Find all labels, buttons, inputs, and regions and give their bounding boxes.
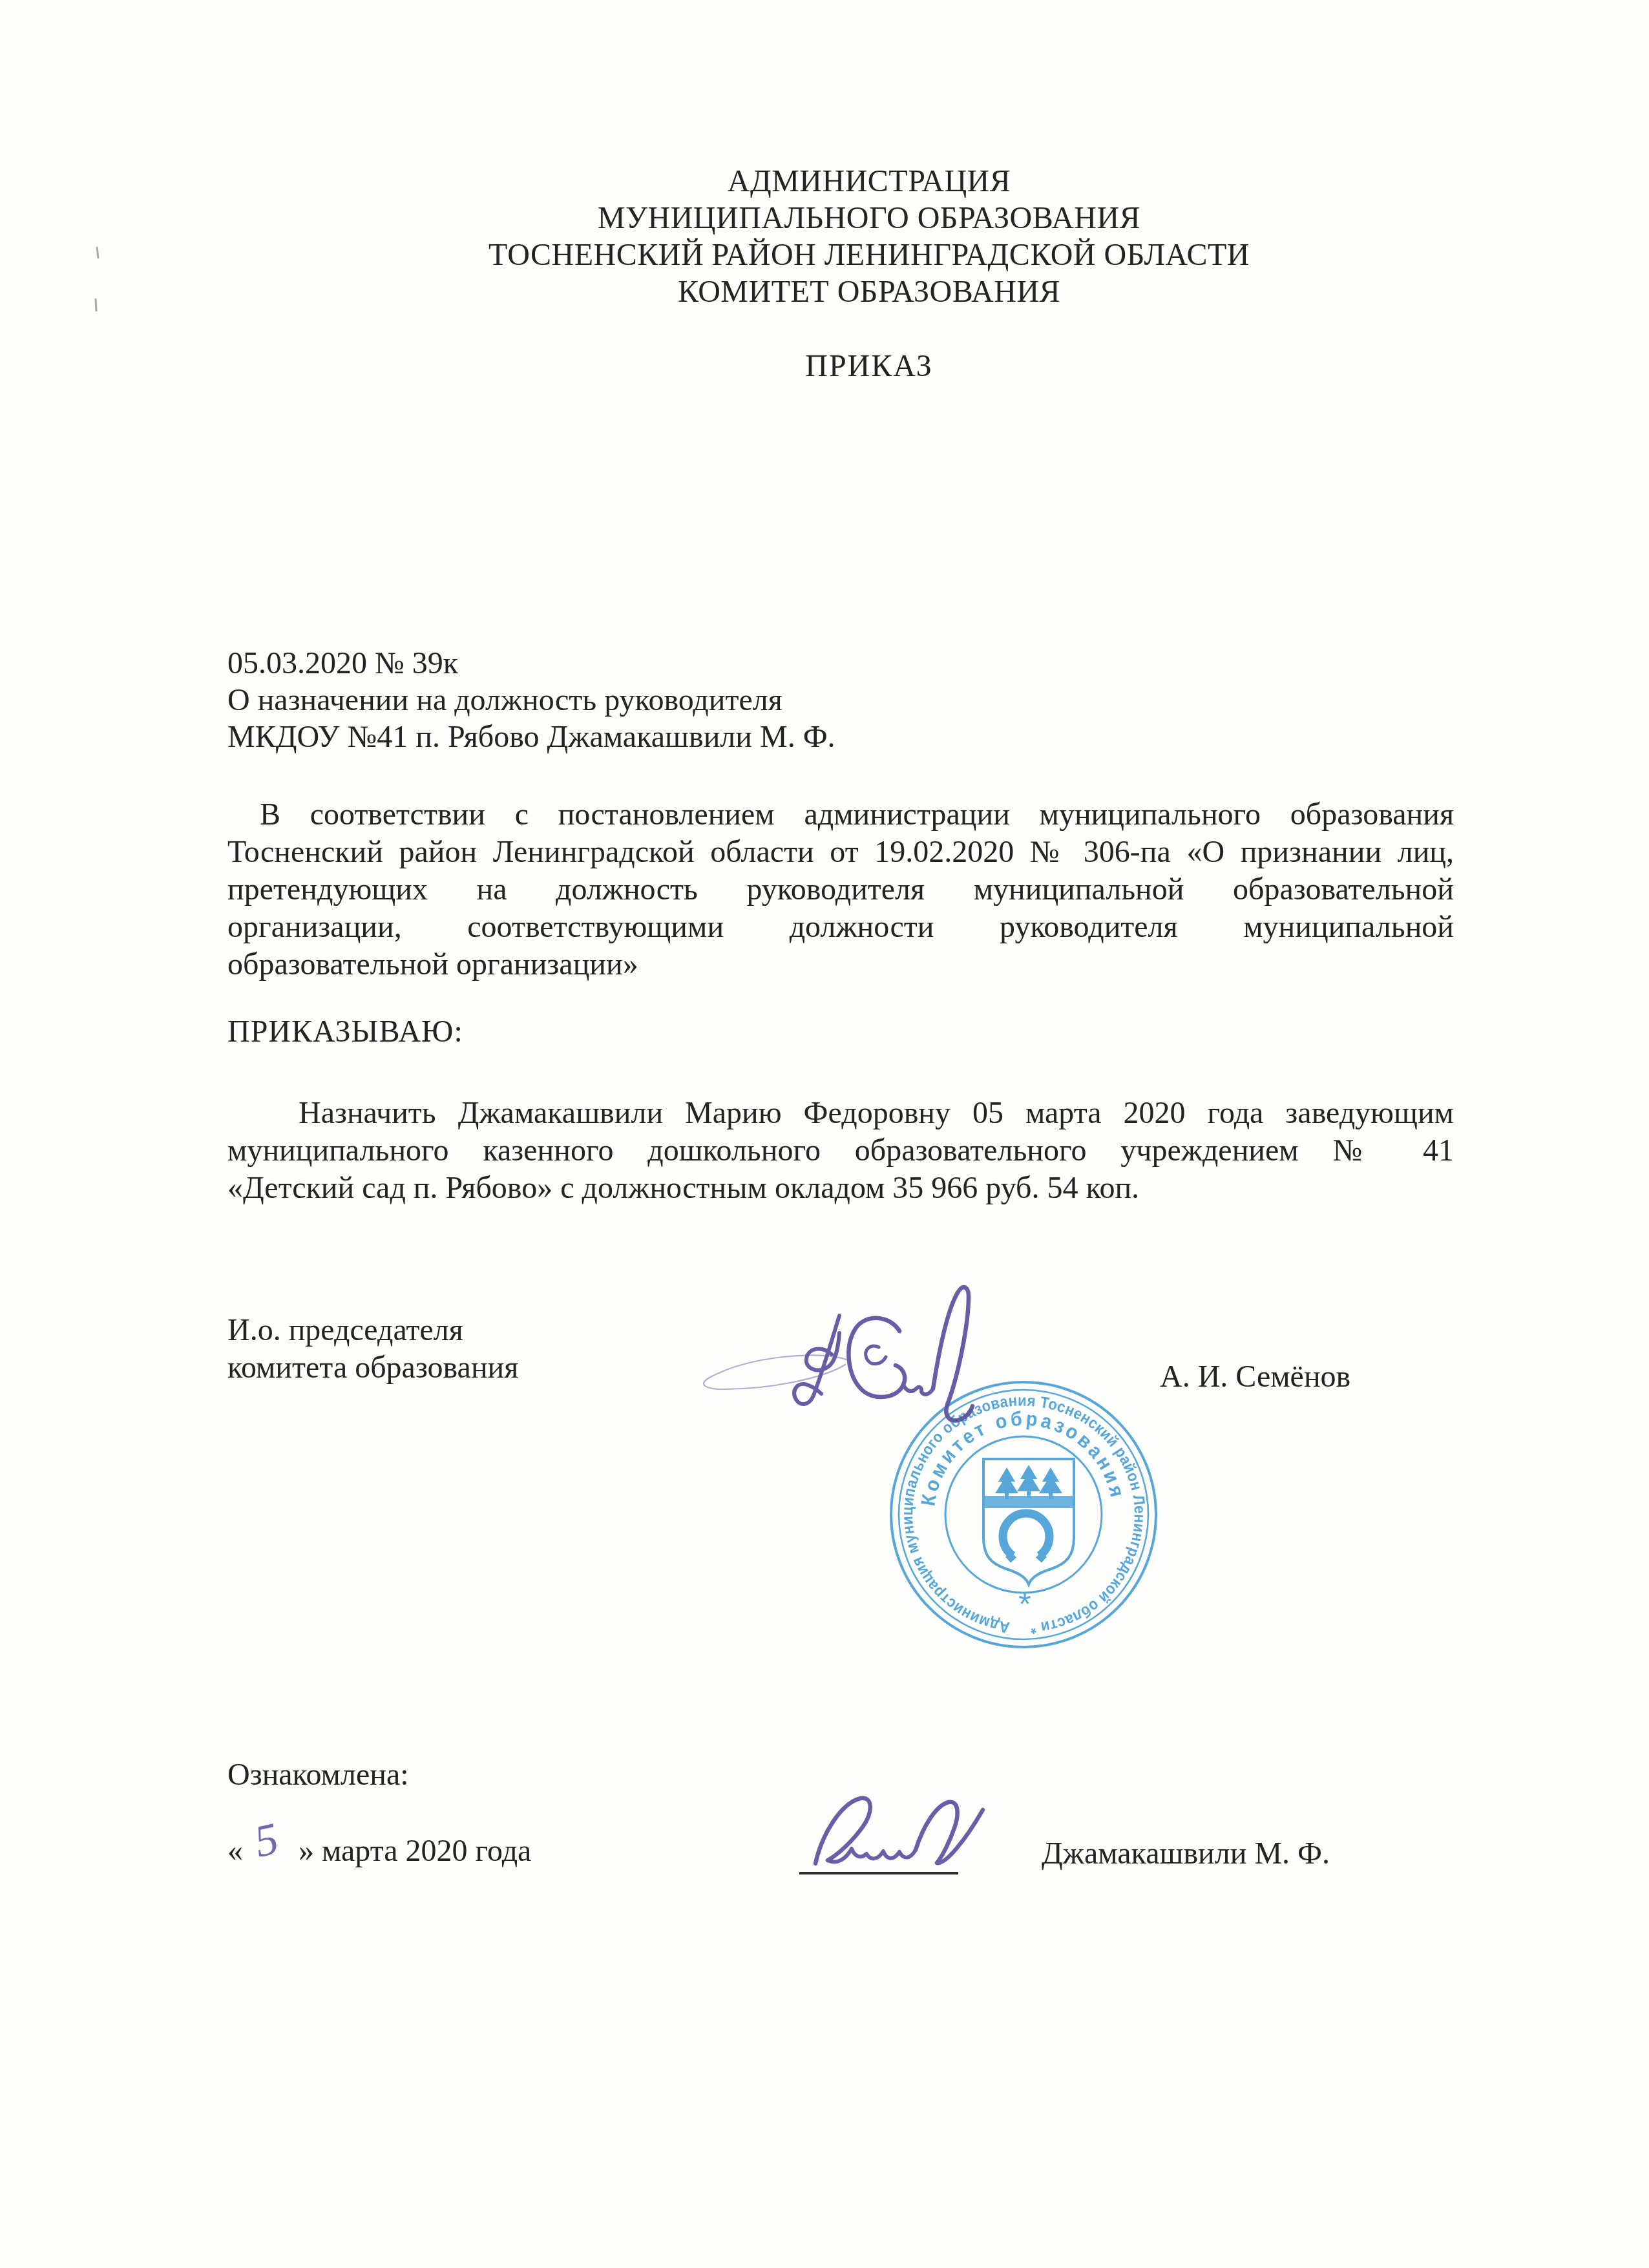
signer-position-line: И.о. председателя xyxy=(227,1312,518,1349)
org-name-line: КОМИТЕТ ОБРАЗОВАНИЯ xyxy=(258,273,1480,310)
fir-tree-icon xyxy=(1039,1467,1062,1499)
signer-name: А. И. Семёнов xyxy=(1160,1358,1350,1395)
signer-position-line: комитета образования xyxy=(227,1349,518,1387)
order-paragraph: Назначить Джамакашвили Марию Федоровну 0… xyxy=(227,1095,1454,1207)
signature-stroke xyxy=(916,1802,983,1863)
org-name-line: ТОСНЕНСКИЙ РАЙОН ЛЕНИНГРАДСКОЙ ОБЛАСТИ xyxy=(258,236,1480,273)
org-name-line: МУНИЦИПАЛЬНОГО ОБРАЗОВАНИЯ xyxy=(258,200,1480,236)
ack-date-rest: » марта 2020 года xyxy=(299,1834,531,1868)
signature-stroke xyxy=(933,1287,972,1420)
shield-band xyxy=(984,1496,1073,1508)
ack-date-line: «» марта 2020 года xyxy=(227,1832,531,1869)
body-line: организации, соответствующими должности … xyxy=(227,908,1454,946)
scanned-order-document: АДМИНИСТРАЦИЯ МУНИЦИПАЛЬНОГО ОБРАЗОВАНИЯ… xyxy=(0,0,1649,2268)
fir-tree-icon xyxy=(1017,1465,1040,1498)
asterisk-mark: * xyxy=(1018,1586,1031,1622)
signature-dzhamakashvili xyxy=(815,1798,983,1864)
ack-name: Джамакашвили М. Ф. xyxy=(1042,1835,1330,1872)
body-line: «Детский сад п. Рябово» с должностным ок… xyxy=(227,1170,1454,1207)
doc-type-title: ПРИКАЗ xyxy=(258,348,1480,384)
signature-stroke xyxy=(806,1333,839,1370)
signature-line-rule xyxy=(799,1872,958,1874)
body-line: образовательной организации» xyxy=(227,946,1454,983)
body-line: Назначить Джамакашвили Марию Федоровну 0… xyxy=(227,1095,1454,1132)
signature-stroke xyxy=(828,1849,916,1862)
body-line: Тосненский район Ленинградской области о… xyxy=(227,834,1454,871)
letterhead: АДМИНИСТРАЦИЯ МУНИЦИПАЛЬНОГО ОБРАЗОВАНИЯ… xyxy=(258,163,1480,384)
body-line: претендующих на должность руководителя м… xyxy=(227,871,1454,908)
stamp-inner-ring xyxy=(945,1436,1102,1593)
signature-stroke xyxy=(903,1385,933,1394)
body-line: муниципального казенного дошкольного обр… xyxy=(227,1132,1454,1170)
stamp-outer-ring xyxy=(891,1382,1156,1647)
stamp-second-ring xyxy=(899,1390,1148,1639)
order-date-number: 05.03.2020 № 39к xyxy=(227,645,835,682)
body-line: В соответствии с постановлением админист… xyxy=(227,796,1454,834)
stamp-outer-text: Администрация муниципального образования… xyxy=(899,1392,1148,1637)
signer-position: И.о. председателя комитета образования xyxy=(227,1312,518,1387)
official-stamp: Администрация муниципального образования… xyxy=(891,1382,1156,1647)
signature-stroke xyxy=(848,1318,905,1397)
stamp-inner-text: Комитет образования xyxy=(916,1407,1129,1508)
order-meta: 05.03.2020 № 39к О назначении на должнос… xyxy=(227,645,835,755)
preamble-paragraph: В соответствии с постановлением админист… xyxy=(227,796,1454,983)
signature-stroke xyxy=(866,1346,886,1364)
fir-tree-icon xyxy=(995,1467,1018,1499)
scan-artifact-marks xyxy=(96,247,98,311)
org-name-line: АДМИНИСТРАЦИЯ xyxy=(258,163,1480,200)
ack-label: Ознакомлена: xyxy=(227,1756,409,1793)
signature-stroke xyxy=(794,1316,839,1404)
subject-line: МКДОУ №41 п. Рябово Джамакашвили М. Ф. xyxy=(227,719,835,755)
order-keyword: ПРИКАЗЫВАЮ: xyxy=(227,1013,463,1050)
coat-of-arms-shield xyxy=(983,1459,1074,1584)
quote-open: « xyxy=(227,1834,243,1868)
horseshoe-icon xyxy=(1003,1513,1049,1560)
signature-stroke xyxy=(704,1355,846,1389)
signature-semenov xyxy=(704,1287,972,1420)
subject-line: О назначении на должность руководителя xyxy=(227,682,835,719)
signature-stroke xyxy=(815,1798,870,1864)
